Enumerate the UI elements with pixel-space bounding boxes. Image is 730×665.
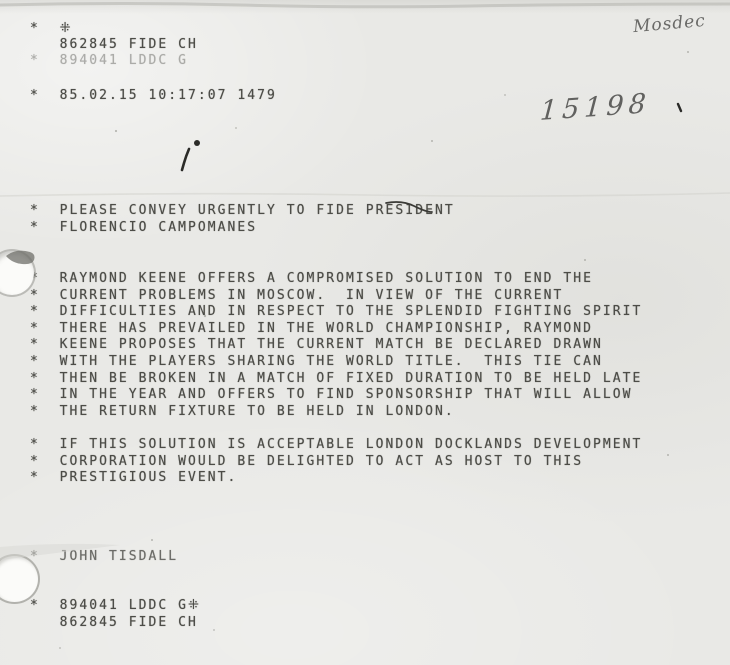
telex-line: * CURRENT PROBLEMS IN MOSCOW. IN VIEW OF… (30, 288, 642, 305)
telex-answerback-mark: * ⁜ (30, 21, 198, 37)
telex-line: * IN THE YEAR AND OFFERS TO FIND SPONSOR… (30, 387, 642, 404)
telex-line: * IF THIS SOLUTION IS ACCEPTABLE LONDON … (30, 437, 642, 454)
telex-timestamp-line: * 85.02.15 10:17:07 1479 (30, 88, 277, 105)
telex-body-block: * RAYMOND KEENE OFFERS A COMPROMISED SOL… (30, 271, 642, 420)
telex-salutation-block: * PLEASE CONVEY URGENTLY TO FIDE PRESIDE… (30, 203, 455, 236)
pen-mark-beside-number (678, 104, 681, 111)
telex-header-lddc-line: * 894041 LDDC G (30, 53, 198, 69)
punch-hole-top (0, 251, 34, 295)
telex-closing-block: * IF THIS SOLUTION IS ACCEPTABLE LONDON … (30, 437, 642, 487)
pen-dot-mark (194, 140, 200, 146)
telex-line: * PLEASE CONVEY URGENTLY TO FIDE PRESIDE… (30, 203, 455, 220)
telex-line: * FLORENCIO CAMPOMANES (30, 220, 455, 237)
telex-line: * WITH THE PLAYERS SHARING THE WORLD TIT… (30, 354, 642, 371)
telex-header-block: * ⁜ 862845 FIDE CH * 894041 LDDC G (30, 21, 198, 69)
horizontal-crease (0, 193, 730, 196)
telex-line: * CORPORATION WOULD BE DELIGHTED TO ACT … (30, 454, 642, 471)
telex-line: * 894041 LDDC G⁜ (30, 598, 201, 615)
handwritten-number-15198: 15198 (539, 88, 652, 127)
telex-timestamp-block: * 85.02.15 10:17:07 1479 (30, 88, 277, 105)
telex-line: * THE RETURN FIXTURE TO BE HELD IN LONDO… (30, 404, 642, 421)
telex-line: * KEENE PROPOSES THAT THE CURRENT MATCH … (30, 337, 642, 354)
telex-signature-line: * JOHN TISDALL (30, 549, 178, 566)
telex-line: * PRESTIGIOUS EVENT. (30, 470, 642, 487)
telex-line: * THERE HAS PREVAILED IN THE WORLD CHAMP… (30, 321, 642, 338)
pen-tick-mark (182, 149, 189, 170)
telex-line: * RAYMOND KEENE OFFERS A COMPROMISED SOL… (30, 271, 642, 288)
telex-signoff-block: * 894041 LDDC G⁜ 862845 FIDE CH (30, 598, 201, 631)
telex-line: 862845 FIDE CH (30, 615, 201, 632)
top-edge-crease (0, 4, 730, 7)
telex-scan-page: * ⁜ 862845 FIDE CH * 894041 LDDC G * 85.… (0, 0, 730, 665)
telex-signature-block: * JOHN TISDALL (30, 549, 178, 566)
telex-line: * DIFFICULTIES AND IN RESPECT TO THE SPL… (30, 304, 642, 321)
telex-header-fide-line: 862845 FIDE CH (30, 37, 198, 53)
handwritten-word-mosdec: Mosdec (632, 11, 706, 37)
telex-line: * THEN BE BROKEN IN A MATCH OF FIXED DUR… (30, 371, 642, 388)
